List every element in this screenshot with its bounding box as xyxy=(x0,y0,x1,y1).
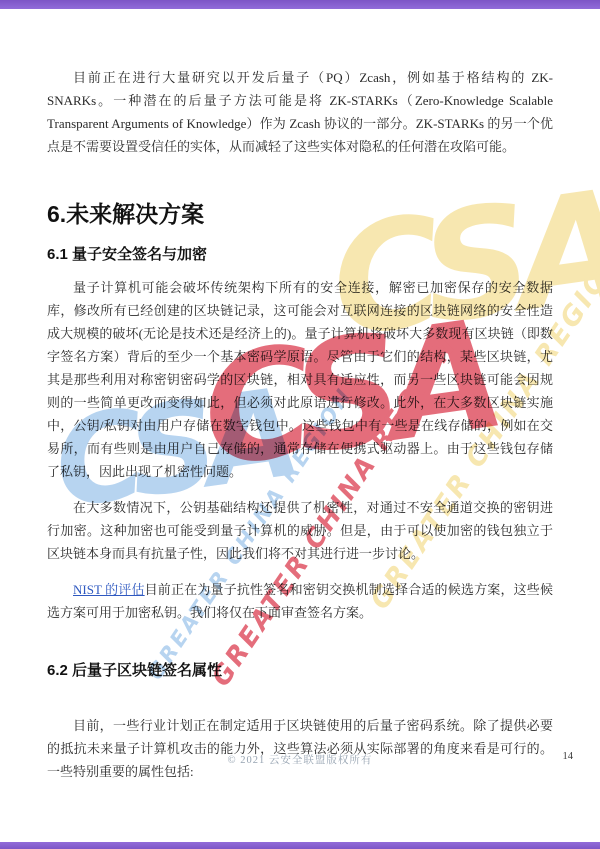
paragraph-6-2-a: 目前，一些行业计划正在制定适用于区块链使用的后量子密码系统。除了提供必要的抵抗未… xyxy=(47,714,553,783)
subsection-heading-6-1: 6.1 量子安全签名与加密 xyxy=(47,245,553,265)
section-heading-6: 6.未来解决方案 xyxy=(47,200,553,228)
paragraph-intro: 目前正在进行大量研究以开发后量子（PQ）Zcash，例如基于格结构的 ZK-SN… xyxy=(47,0,553,158)
paragraph-6-1-a: 量子计算机可能会破坏传统架构下所有的安全连接，解密已加密保存的安全数据库，修改所… xyxy=(47,276,553,483)
page-content: 目前正在进行大量研究以开发后量子（PQ）Zcash，例如基于格结构的 ZK-SN… xyxy=(0,0,600,783)
document-page: 目前正在进行大量研究以开发后量子（PQ）Zcash，例如基于格结构的 ZK-SN… xyxy=(0,0,600,849)
subsection-heading-6-2: 6.2 后量子区块链签名属性 xyxy=(47,661,553,681)
paragraph-6-1-c: NIST 的评估目前正在为量子抗性签名和密钥交换机制选择合适的候选方案，这些候选… xyxy=(47,578,553,624)
page-number: 14 xyxy=(563,751,574,762)
nist-evaluation-link[interactable]: NIST 的评估 xyxy=(73,582,145,597)
paragraph-6-1-b: 在大多数情况下，公钥基础结构还提供了机密性，对通过不安全通道交换的密钥进行加密。… xyxy=(47,496,553,565)
footer-copyright: © 2021 云安全联盟版权所有 xyxy=(0,752,600,767)
bottom-accent-bar xyxy=(0,842,600,849)
